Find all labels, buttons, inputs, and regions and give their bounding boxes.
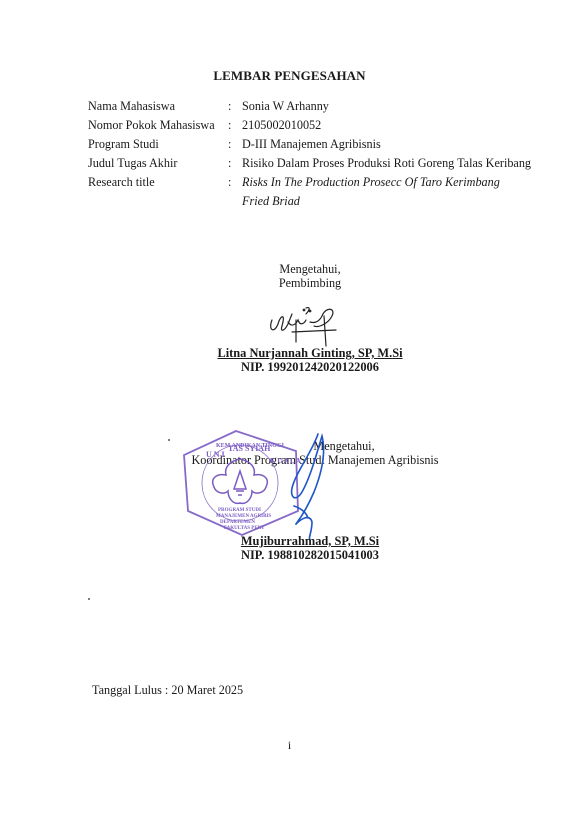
scan-speck (88, 598, 90, 600)
field-separator: : (228, 116, 242, 135)
field-label: Nomor Pokok Mahasiswa (88, 116, 228, 135)
approval-heading: Mengetahui, (190, 262, 430, 276)
page-number: i (0, 738, 579, 753)
student-info-table: Nama Mahasiswa : Sonia W Arhanny Nomor P… (88, 97, 542, 211)
graduation-date: Tanggal Lulus : 20 Maret 2025 (92, 683, 243, 698)
signee-name: Litna Nurjannah Ginting, SP, M.Si (140, 346, 480, 360)
info-row-program: Program Studi : D-III Manajemen Agribisn… (88, 135, 542, 154)
signee-nip: NIP. 198810282015041003 (140, 548, 480, 562)
field-separator: : (228, 135, 242, 154)
info-row-name: Nama Mahasiswa : Sonia W Arhanny (88, 97, 542, 116)
field-label: Research title (88, 173, 228, 211)
field-label: Judul Tugas Akhir (88, 154, 228, 173)
scan-speck (168, 439, 170, 441)
approval-coordinator-signee: Mujiburrahmad, SP, M.Si NIP. 19881028201… (140, 534, 480, 562)
signature-icon (282, 432, 332, 542)
signee-name: Mujiburrahmad, SP, M.Si (140, 534, 480, 548)
field-label: Program Studi (88, 135, 228, 154)
field-value: Risks In The Production Prosecc Of Taro … (242, 173, 510, 211)
page-title: LEMBAR PENGESAHAN (0, 68, 579, 84)
field-value: 2105002010052 (242, 116, 532, 135)
field-separator: : (228, 173, 242, 211)
svg-text:MANAJEMEN AGRIBIS: MANAJEMEN AGRIBIS (216, 514, 271, 519)
field-label: Nama Mahasiswa (88, 97, 228, 116)
svg-text:DEPARTEMEN: DEPARTEMEN (220, 520, 255, 525)
info-row-thesis-title: Judul Tugas Akhir : Risiko Dalam Proses … (88, 154, 542, 173)
svg-text:TAS SYIAH: TAS SYIAH (228, 444, 271, 453)
info-row-npm: Nomor Pokok Mahasiswa : 2105002010052 (88, 116, 542, 135)
field-value: D-III Manajemen Agribisnis (242, 135, 532, 154)
field-value: Risiko Dalam Proses Produksi Roti Goreng… (242, 154, 542, 173)
svg-text:PROGRAM STUDI: PROGRAM STUDI (218, 508, 261, 513)
approval-role: Pembimbing (190, 276, 430, 290)
document-page: LEMBAR PENGESAHAN Nama Mahasiswa : Sonia… (0, 0, 579, 819)
field-value: Sonia W Arhanny (242, 97, 532, 116)
approval-supervisor-signee: Litna Nurjannah Ginting, SP, M.Si NIP. 1… (140, 346, 480, 374)
info-row-research-title: Research title : Risks In The Production… (88, 173, 542, 211)
svg-text:FAKULTAS PERT: FAKULTAS PERT (224, 526, 265, 531)
svg-text:U N I: U N I (206, 450, 225, 459)
signature-icon (266, 302, 346, 348)
field-separator: : (228, 97, 242, 116)
signee-nip: NIP. 199201242020122006 (140, 360, 480, 374)
approval-supervisor: Mengetahui, Pembimbing (190, 262, 430, 290)
field-separator: : (228, 154, 242, 173)
